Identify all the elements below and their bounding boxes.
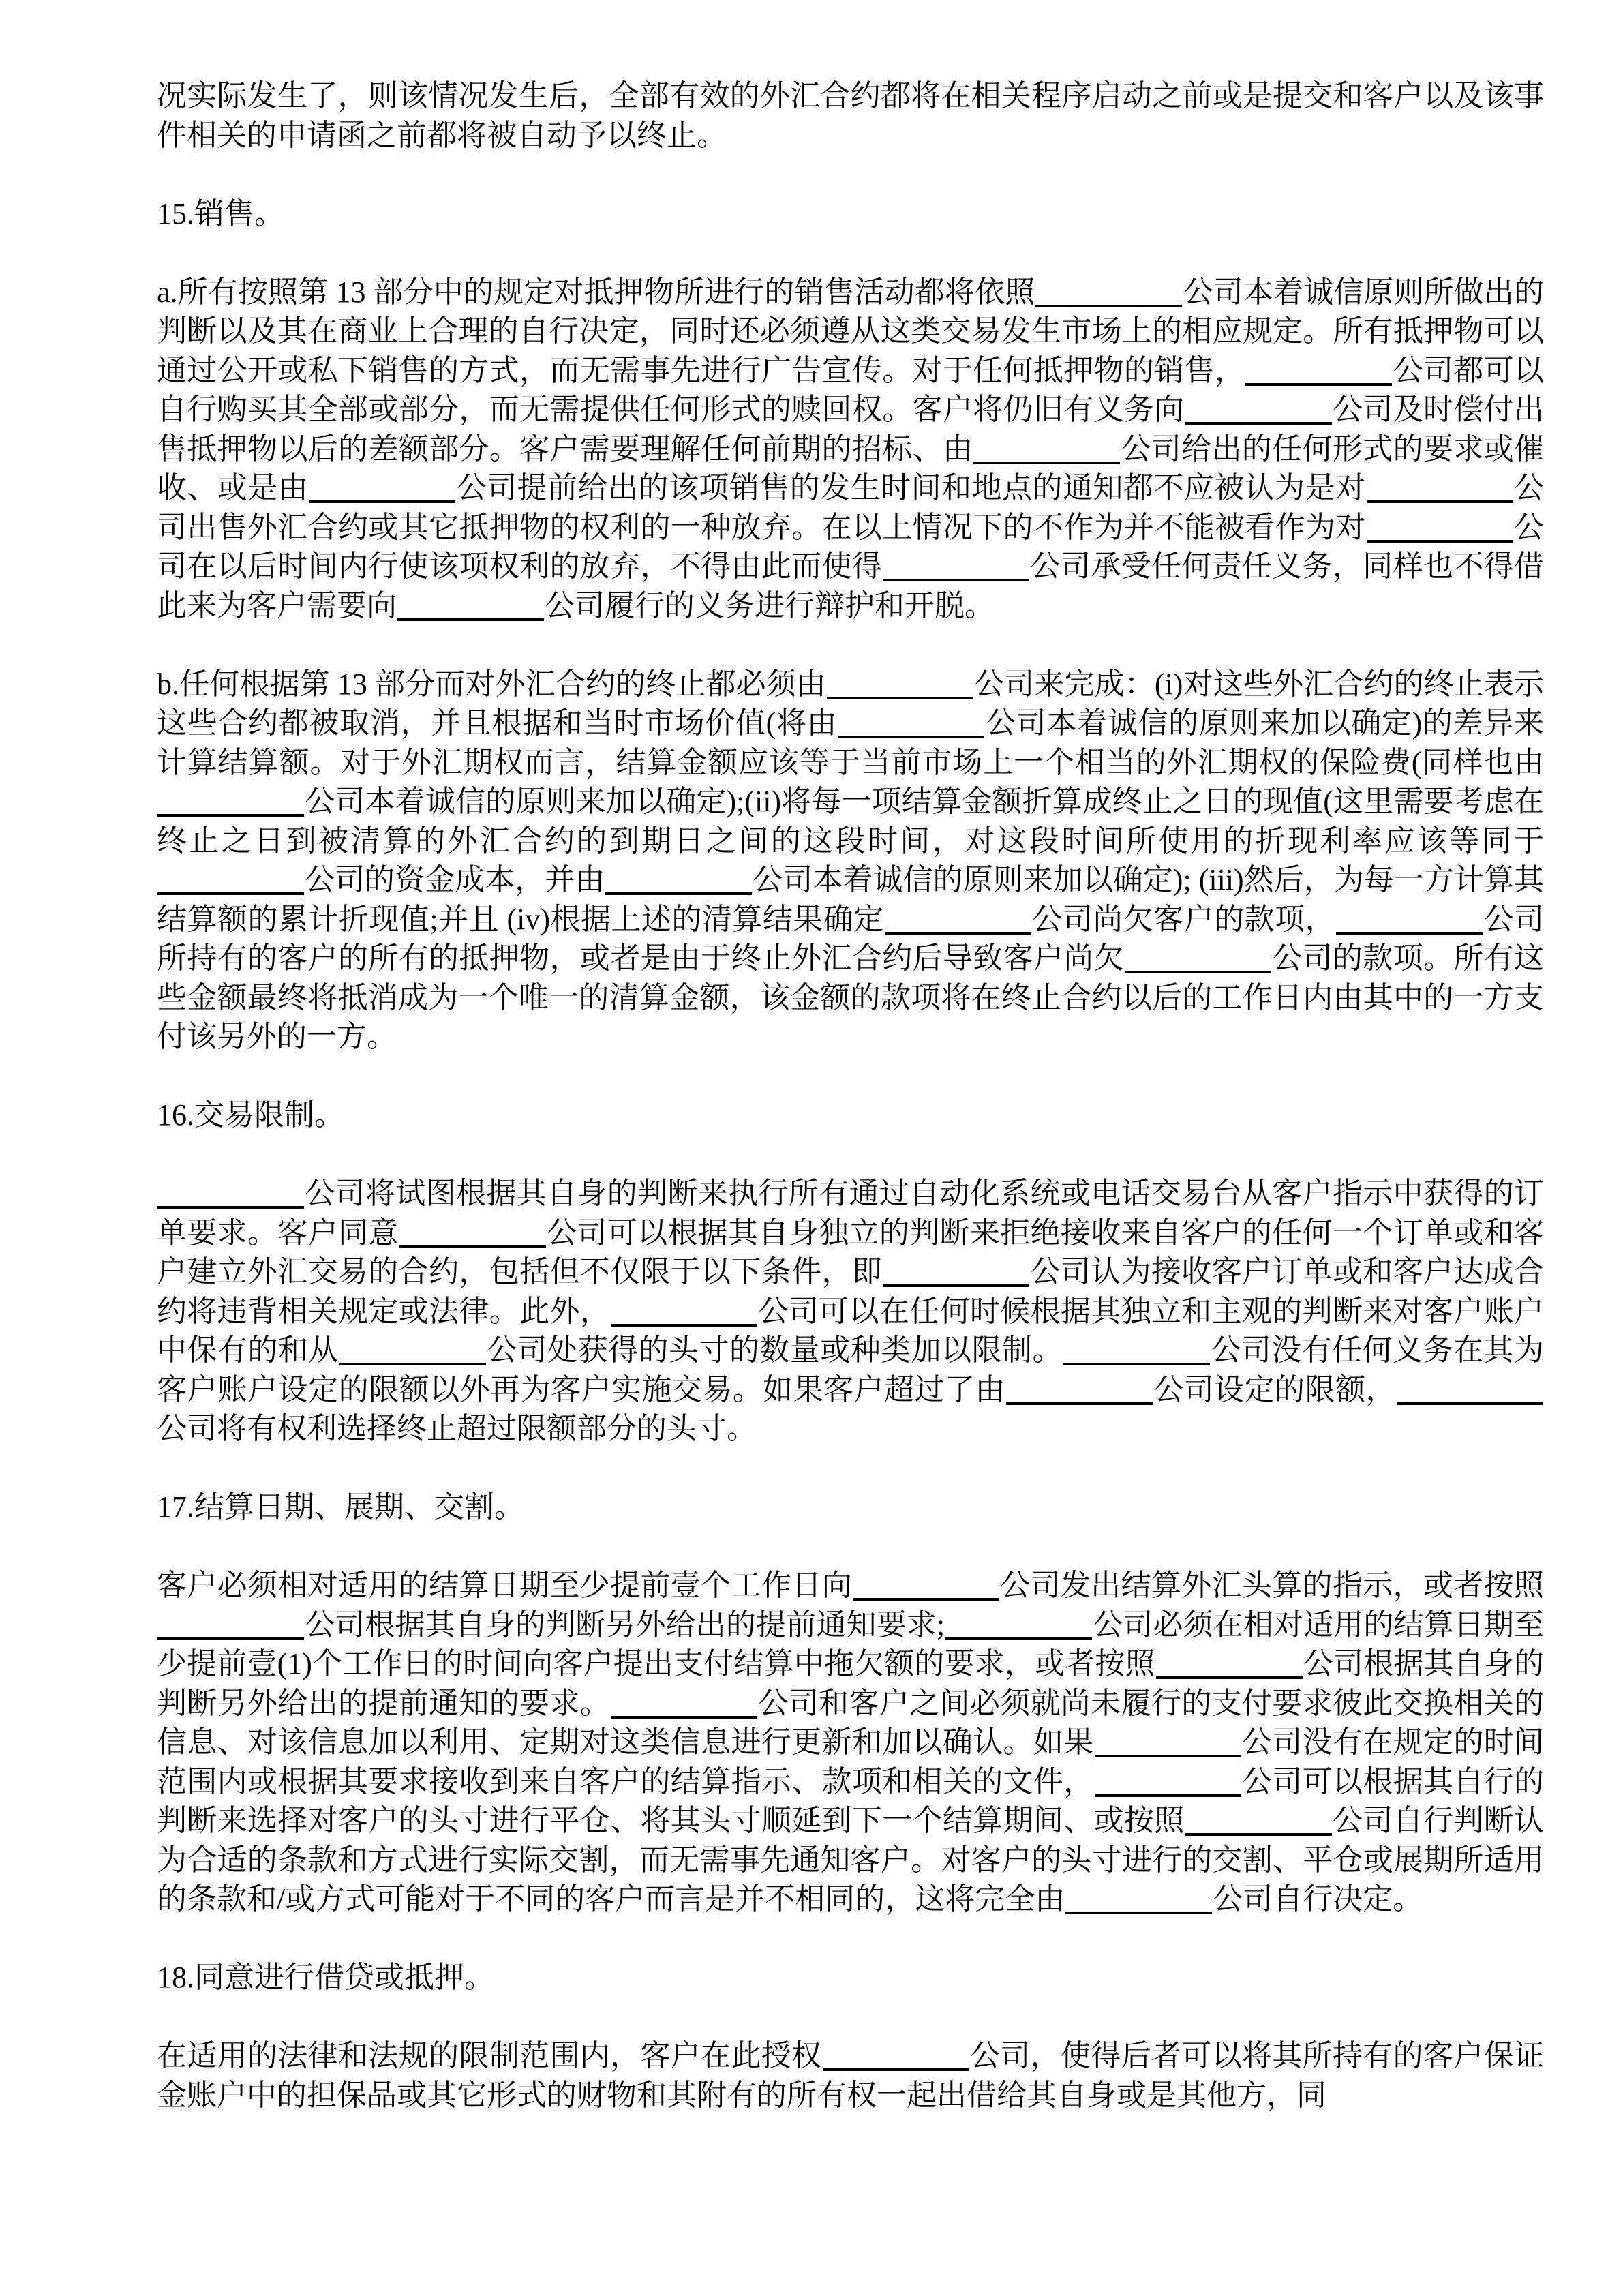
- text-segment: 公司尚欠客户的款项，: [1032, 903, 1335, 936]
- company-name-blank: [1095, 1764, 1241, 1797]
- text-segment: 客户必须相对适用的结算日期至少提前壹个工作日向: [157, 1569, 852, 1602]
- company-name-blank: [1006, 1372, 1153, 1405]
- section-15-paragraph-a: a.所有按照第 13 部分中的规定对抵押物所进行的销售活动都将依照公司本着诚信原…: [157, 273, 1544, 626]
- section-18-paragraph: 在适用的法律和法规的限制范围内，客户在此授权公司，使得后者可以将其所持有的客户保…: [157, 2036, 1544, 2115]
- company-name-blank: [1336, 902, 1483, 935]
- company-name-blank: [827, 667, 973, 699]
- company-name-blank: [157, 862, 304, 895]
- company-name-blank: [309, 470, 455, 503]
- text-segment: a.所有按照第 13 部分中的规定对抵押物所进行的销售活动都将依照: [157, 275, 1035, 309]
- intro-paragraph: 况实际发生了，则该情况发生后，全部有效的外汇合约都将在相关程序启动之前或是提交和…: [157, 76, 1544, 155]
- company-name-blank: [1397, 1372, 1543, 1405]
- text-segment: b.任何根据第 13 部分而对外汇合约的终止都必须由: [157, 667, 826, 701]
- text-segment: 公司履行的义务进行辩护和开脱。: [545, 589, 995, 622]
- company-name-blank: [1367, 470, 1513, 503]
- company-name-blank: [157, 784, 304, 817]
- company-name-blank: [611, 1294, 757, 1327]
- company-name-blank: [973, 432, 1120, 464]
- company-name-blank: [1095, 1725, 1241, 1757]
- text-segment: 公司根据其自身的判断另外给出的提前通知要求;: [305, 1608, 945, 1642]
- text-segment: 公司发出结算外汇头算的指示，或者按照: [1000, 1569, 1544, 1602]
- text-segment: 公司将有权利选择终止超过限额部分的头寸。: [157, 1412, 757, 1445]
- text-segment: 在适用的法律和法规的限制范围内，客户在此授权: [157, 2039, 822, 2072]
- company-name-blank: [945, 1607, 1092, 1640]
- section-16-heading: 16.交易限制。: [157, 1096, 1544, 1135]
- company-name-blank: [157, 1607, 304, 1640]
- company-name-blank: [1185, 392, 1332, 425]
- document-page: 况实际发生了，则该情况发生后，全部有效的外汇合约都将在相关程序启动之前或是提交和…: [157, 76, 1544, 2154]
- intro-text: 况实际发生了，则该情况发生后，全部有效的外汇合约都将在相关程序启动之前或是提交和…: [157, 79, 1544, 152]
- company-name-blank: [1156, 1646, 1303, 1679]
- company-name-blank: [1185, 1803, 1332, 1836]
- company-name-blank: [885, 902, 1031, 935]
- company-name-blank: [157, 1176, 304, 1209]
- text-segment: 公司处获得的头寸的数量或种类加以限制。: [487, 1333, 1063, 1367]
- company-name-blank: [1367, 510, 1513, 543]
- section-15-heading: 15.销售。: [157, 194, 1544, 234]
- company-name-blank: [1063, 1333, 1210, 1365]
- company-name-blank: [883, 1254, 1029, 1287]
- text-segment: 公司本着诚信的原则来加以确定);(ii)将每一项结算金额折算成终止之日的现值(这…: [157, 785, 1544, 858]
- section-15-paragraph-b: b.任何根据第 13 部分而对外汇合约的终止都必须由公司来完成：(i)对这些外汇…: [157, 665, 1544, 1057]
- company-name-blank: [823, 2038, 969, 2071]
- company-name-blank: [611, 1686, 757, 1719]
- section-17-paragraph: 客户必须相对适用的结算日期至少提前壹个工作日向公司发出结算外汇头算的指示，或者按…: [157, 1566, 1544, 1919]
- company-name-blank: [605, 862, 752, 895]
- company-name-blank: [1125, 941, 1271, 973]
- company-name-blank: [1245, 353, 1392, 386]
- company-name-blank: [883, 549, 1029, 581]
- section-16-paragraph: 公司将试图根据其自身的判断来执行所有通过自动化系统或电话交易台从客户指示中获得的…: [157, 1174, 1544, 1449]
- text-segment: 公司提前给出的该项销售的发生时间和地点的通知都不应被认为是对: [456, 471, 1365, 504]
- company-name-blank: [1065, 1882, 1212, 1914]
- text-segment: 公司自行决定。: [1213, 1882, 1423, 1916]
- text-segment: 公司设定的限额，: [1153, 1373, 1396, 1406]
- text-segment: 公司的资金成本，并由: [305, 863, 605, 896]
- company-name-blank: [397, 588, 544, 621]
- section-18-heading: 18.同意进行借贷或抵押。: [157, 1958, 1544, 1997]
- company-name-blank: [853, 1568, 999, 1601]
- section-17-heading: 17.结算日期、展期、交割。: [157, 1487, 1544, 1527]
- company-name-blank: [339, 1333, 486, 1365]
- company-name-blank: [1035, 275, 1182, 307]
- company-name-blank: [838, 706, 984, 738]
- company-name-blank: [399, 1215, 546, 1248]
